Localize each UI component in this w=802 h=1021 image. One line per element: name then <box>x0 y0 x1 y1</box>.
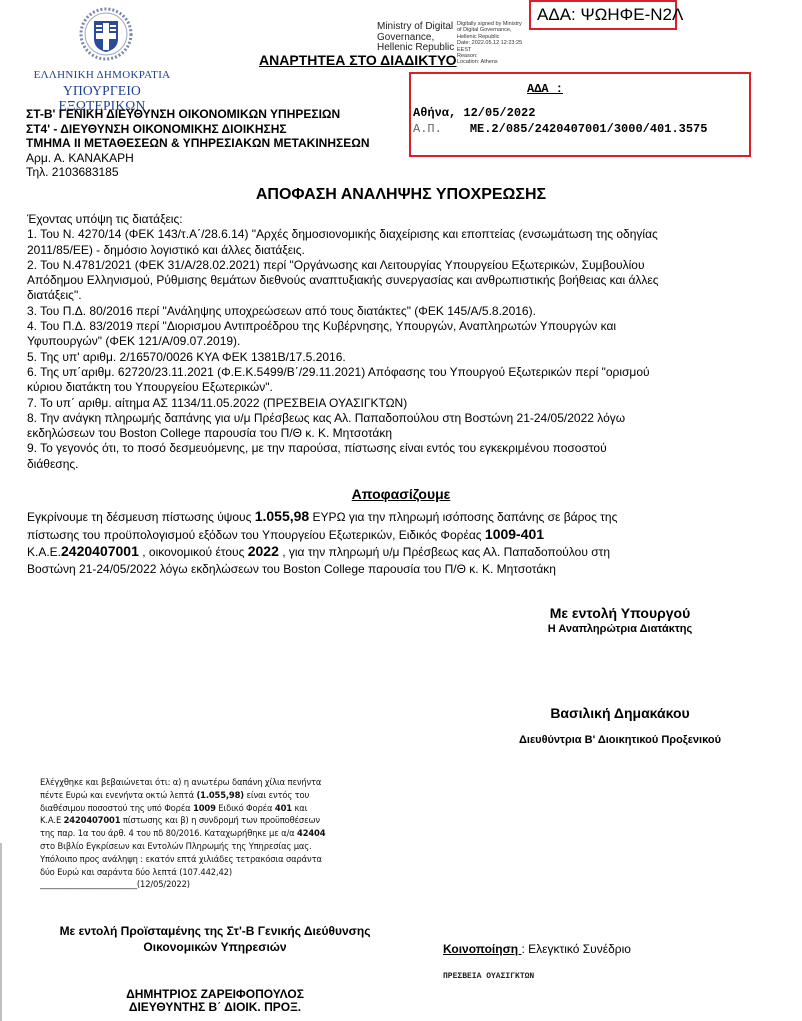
decision-line: πίστωσης του προϋπολογισμού εξόδων του Υ… <box>27 526 767 544</box>
signer-line: Ministry of Digital <box>377 22 454 33</box>
verification-special-body: 401 <box>275 803 292 813</box>
amount-value: 1.055,98 <box>255 508 310 524</box>
considering-item: Έχοντας υπόψη τις διατάξεις: <box>27 212 757 227</box>
considering-item: εκδηλώσεων του Boston College παρουσία τ… <box>27 426 757 441</box>
ada-protocol-box: ΑΔΑ : Αθήνα, 12/05/2022 Α.Π.ΜΕ.2/085/242… <box>409 72 751 157</box>
order-line: Με εντολή Υπουργού <box>470 604 770 622</box>
finance-order-block: Με εντολή Προϊσταμένης της Στ'-Β Γενικής… <box>30 923 400 955</box>
ada-label: ΑΔΑ : <box>527 82 563 96</box>
considering-item: 9. Το γεγονός ότι, το ποσό δεσμευόμενης,… <box>27 441 757 456</box>
considering-item: 7. Το υπ΄ αριθμ. αίτημα ΑΣ 1134/11.05.20… <box>27 396 757 411</box>
considering-item: διατάξεις". <box>27 288 757 303</box>
verification-text: της παρ. 1α του άρθ. 4 του πδ 80/2016. Κ… <box>40 828 297 838</box>
finance-order-line: Με εντολή Προϊσταμένης της Στ'-Β Γενικής… <box>30 923 400 939</box>
digital-signer: Ministry of Digital Governance, Hellenic… <box>377 22 454 54</box>
considering-item: 4. Του Π.Δ. 83/2019 περί "Διορισμου Αντι… <box>27 319 757 334</box>
decision-text: Κ.Α.Ε. <box>27 545 61 559</box>
signer-title: Διευθύντρια Β' Διοικητικού Προξενικού <box>470 732 770 748</box>
decision-body: Εγκρίνουμε τη δέσμευση πίστωσης ύψους 1.… <box>27 508 767 577</box>
notification-line: Κοινοποίηση : Ελεγκτικό Συνέδριο <box>443 942 631 956</box>
left-edge-rule <box>0 843 2 1021</box>
verification-text: διαθέσιμου ποσοστού της υπό Φορέα <box>40 803 193 813</box>
ada-top-badge: ΑΔΑ: ΨΩΗΦΕ-Ν2Λ <box>529 0 677 30</box>
department-block: ΣΤ-Β' ΓΕΝΙΚΗ ΔΙΕΥΘΥΝΣΗ ΟΙΚΟΝΟΜΙΚΩΝ ΥΠΗΡΕ… <box>26 107 369 180</box>
verification-text: πέντε Ευρώ και ενενήντα οκτώ λεπτά <box>40 790 196 800</box>
publish-notice: ΑΝΑΡΤΗΤΕΑ ΣΤΟ ΔΙΑΔΙΚΤΥΟ <box>259 52 457 68</box>
signature-detail: Date: 2022.05.12 12:23:25 <box>457 40 522 46</box>
digital-signature-details: Digitally signed by Ministry of Digital … <box>457 21 522 66</box>
verification-text: πίστωσης και β) η συνδρομή των προϋποθέσ… <box>120 815 319 825</box>
department-line: ΣΤ-Β' ΓΕΝΙΚΗ ΔΙΕΥΘΥΝΣΗ ΟΙΚΟΝΟΜΙΚΩΝ ΥΠΗΡΕ… <box>26 107 369 122</box>
verification-kae: 2420407001 <box>64 815 121 825</box>
decision-text: Εγκρίνουμε τη δέσμευση πίστωσης ύψους <box>27 510 255 524</box>
decision-heading: Αποφασίζουμε <box>0 486 802 502</box>
decision-line: Κ.Α.Ε.2420407001 , οικονομικού έτους 202… <box>27 543 767 561</box>
verification-line: Κ.Α.Ε 2420407001 πίστωσης και β) η συνδρ… <box>40 814 340 827</box>
verification-line: Ελέγχθηκε και βεβαιώνεται ότι: α) η ανωτ… <box>40 776 340 789</box>
considering-item: Απόδημου Ελληνισμού, Ρύθμισης θεμάτων δι… <box>27 273 757 288</box>
verification-line: δύο Ευρώ και σαράντα δύο λεπτά (107.442,… <box>40 866 340 879</box>
considering-item: 5. Της υπ' αριθμ. 2/16570/0026 ΚΥΑ ΦΕΚ 1… <box>27 350 757 365</box>
department-line: ΣΤ4' - ΔΙΕΥΘΥΝΣΗ ΟΙΚΟΝΟΜΙΚΗΣ ΔΙΟΙΚΗΣΗΣ <box>26 122 369 137</box>
decision-text: , για την πληρωμή υ/μ Πρέσβεως κας Αλ. Π… <box>279 545 610 559</box>
verification-amount: (1.055,98) <box>196 790 243 800</box>
verification-text: και <box>292 803 307 813</box>
verification-line: διαθέσιμου ποσοστού της υπό Φορέα 1009 Ε… <box>40 802 340 815</box>
document-title: ΑΠΟΦΑΣΗ ΑΝΑΛΗΨΗΣ ΥΠΟΧΡΕΩΣΗΣ <box>0 186 802 204</box>
signature-detail: Location: Athens <box>457 59 522 65</box>
signer-block: Βασιλική Δημακάκου Διευθύντρια Β' Διοικη… <box>470 704 770 748</box>
considering-item: 3. Του Π.Δ. 80/2016 περί "Ανάληψης υποχρ… <box>27 304 757 319</box>
verification-line: στο Βιβλίο Εγκρίσεων και Εντολών Πληρωμή… <box>40 840 340 853</box>
considering-item: 2011/85/ΕΕ) - δημόσιο λογιστικό και άλλε… <box>27 243 757 258</box>
role-line: Η Αναπληρώτρια Διατάκτης <box>470 622 770 636</box>
verification-entry-number: 42404 <box>297 828 325 838</box>
kae-value: 2420407001 <box>61 543 139 559</box>
authorizing-block: Με εντολή Υπουργού Η Αναπληρώτρια Διατάκ… <box>470 604 770 636</box>
decision-text: ΕΥΡΩ για την πληρωμή ισόποσης δαπάνης σε… <box>309 510 617 524</box>
decision-text: , οικονομικού έτους <box>139 545 248 559</box>
special-body-value: 1009-401 <box>485 526 544 542</box>
contact-person: Αρμ. Α. ΚΑΝΑΚΑΡΗ <box>26 151 369 166</box>
verification-text: Κ.Α.Ε <box>40 815 64 825</box>
decision-line: Εγκρίνουμε τη δέσμευση πίστωσης ύψους 1.… <box>27 508 767 526</box>
protocol-number: ΜΕ.2/085/2420407001/3000/401.3575 <box>470 122 708 136</box>
considering-item: 2. Του Ν.4781/2021 (ΦΕΚ 31/Α/28.02.2021)… <box>27 258 757 273</box>
notification-recipient: : Ελεγκτικό Συνέδριο <box>521 942 630 956</box>
director-title: ΔΙΕΥΘΥΝΤΗΣ Β΄ ΔΙΟΙΚ. ΠΡΟΞ. <box>30 1001 400 1014</box>
signer-name: Βασιλική Δημακάκου <box>470 704 770 722</box>
verification-line: Υπόλοιπο προς ανάληψη : εκατόν επτά χιλι… <box>40 853 340 866</box>
considering-list: Έχοντας υπόψη τις διατάξεις: 1. Του Ν. 4… <box>27 212 757 472</box>
decision-line: Βοστώνη 21-24/05/2022 λόγω εκδηλώσεων το… <box>27 561 767 578</box>
verification-date-line: ________________________(12/05/2022) <box>40 878 340 891</box>
date-line: Αθήνα, 12/05/2022 <box>413 106 535 120</box>
greek-coat-of-arms-icon <box>78 6 134 62</box>
year-value: 2022 <box>248 543 279 559</box>
department-line: ΤΜΗΜΑ ΙΙ ΜΕΤΑΘΕΣΕΩΝ & ΥΠΗΡΕΣΙΑΚΩΝ ΜΕΤΑΚΙ… <box>26 136 369 151</box>
finance-director-block: ΔΗΜΗΤΡΙΟΣ ΖΑΡΕΙΦΟΠΟΥΛΟΣ ΔΙΕΥΘΥΝΤΗΣ Β΄ ΔΙ… <box>30 988 400 1014</box>
verification-line: της παρ. 1α του άρθ. 4 του πδ 80/2016. Κ… <box>40 827 340 840</box>
embassy-recipient: ΠΡΕΣΒΕΙΑ ΟΥΑΣΙΓΚΤΩΝ <box>443 972 534 981</box>
protocol-label: Α.Π. <box>413 122 442 136</box>
considering-item: 6. Της υπ΄αριθμ. 62720/23.11.2021 (Φ.Ε.Κ… <box>27 365 757 380</box>
considering-item: Υφυπουργών" (ΦΕΚ 121/Α/09.07.2019). <box>27 334 757 349</box>
phone-number: Τηλ. 2103683185 <box>26 165 369 180</box>
decision-text: πίστωσης του προϋπολογισμού εξόδων του Υ… <box>27 528 485 542</box>
considering-item: 8. Την ανάγκη πληρωμής δαπάνης για υ/μ Π… <box>27 411 757 426</box>
considering-item: διάθεσης. <box>27 457 757 472</box>
republic-label: ΕΛΛΗΝΙΚΗ ΔΗΜΟΚΡΑΤΙΑ <box>18 68 186 83</box>
considering-item: κύριου διατάκτη του Υπουργείου Εξωτερικώ… <box>27 380 757 395</box>
notification-label: Κοινοποίηση <box>443 942 521 956</box>
verification-text: είναι εντός του <box>244 790 309 800</box>
verification-note: Ελέγχθηκε και βεβαιώνεται ότι: α) η ανωτ… <box>40 776 340 891</box>
verification-line: πέντε Ευρώ και ενενήντα οκτώ λεπτά (1.05… <box>40 789 340 802</box>
protocol-line: Α.Π.ΜΕ.2/085/2420407001/3000/401.3575 <box>413 122 707 136</box>
considering-item: 1. Του Ν. 4270/14 (ΦΕΚ 143/τ.Α΄/28.6.14)… <box>27 227 757 242</box>
verification-text: Ειδικό Φορέα <box>216 803 275 813</box>
finance-order-line: Οικονομικών Υπηρεσιών <box>30 939 400 955</box>
verification-body: 1009 <box>193 803 216 813</box>
